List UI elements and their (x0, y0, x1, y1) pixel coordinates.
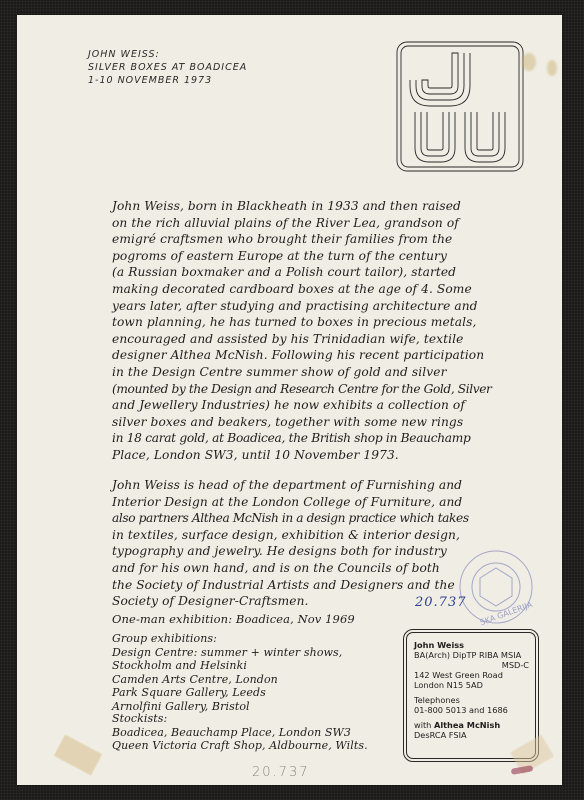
library-stamp-icon: SKA GALERIJA (457, 548, 535, 626)
card-with-label: with (414, 720, 431, 730)
text-line: and Jewellery Industries) he now exhibit… (112, 397, 542, 414)
text-line: on the rich alluvial plains of the River… (112, 215, 542, 232)
text-line: Interior Design at the London College of… (112, 494, 542, 511)
list-item: Queen Victoria Craft Shop, Aldbourne, Wi… (112, 739, 368, 753)
list-item: Boadicea, Beauchamp Place, London SW3 (112, 726, 368, 740)
business-card: John Weiss BA(Arch) DipTP RIBA MSIA MSD-… (406, 632, 536, 759)
title-block: JOHN WEISS: SILVER BOXES AT BOADICEA 1-1… (88, 48, 247, 87)
card-address-line: 142 West Green Road (414, 670, 535, 680)
stockists-list: Stockists: Boadicea, Beauchamp Place, Lo… (112, 712, 368, 753)
card-phone-label: Telephones (414, 695, 535, 705)
text-line: John Weiss is head of the department of … (112, 477, 542, 494)
card-address-line: London N15 5AD (414, 680, 535, 690)
list-item: Design Centre: summer + winter shows, (112, 646, 342, 660)
document-page: JOHN WEISS: SILVER BOXES AT BOADICEA 1-1… (17, 15, 562, 785)
text-line: (mounted by the Design and Research Cent… (112, 381, 542, 398)
title-line: JOHN WEISS: (88, 48, 247, 61)
title-line: 1-10 NOVEMBER 1973 (88, 74, 247, 87)
group-exhibitions-list: Group exhibitions: Design Centre: summer… (112, 632, 342, 714)
text-line: encouraged and assisted by his Trinidadi… (112, 331, 542, 348)
text-line: Place, London SW3, until 10 November 197… (112, 447, 542, 464)
card-name: John Weiss (414, 640, 535, 650)
text-line: making decorated cardboard boxes at the … (112, 281, 542, 298)
card-qualifications-2: MSD-C (414, 660, 535, 670)
one-man-exhibition: One-man exhibition: Boadicea, Nov 1969 (112, 612, 355, 626)
text-line: in textiles, surface design, exhibition … (112, 527, 542, 544)
card-partner-name: Althea McNish (434, 720, 500, 730)
list-heading: Group exhibitions: (112, 632, 342, 646)
text-line: town planning, he has turned to boxes in… (112, 314, 542, 331)
text-line: years later, after studying and practisi… (112, 298, 542, 315)
juu-monogram-logo-icon (395, 40, 525, 173)
list-heading: Stockists: (112, 712, 368, 726)
tape-residue (54, 735, 102, 776)
list-item: Stockholm and Helsinki (112, 659, 342, 673)
text-line: designer Althea McNish. Following his re… (112, 347, 542, 364)
text-line: silver boxes and beakers, together with … (112, 414, 542, 431)
text-line: also partners Althea McNish in a design … (112, 510, 542, 527)
ink-accession-number: 20.737 (415, 595, 467, 610)
text-line: John Weiss, born in Blackheath in 1933 a… (112, 198, 542, 215)
biography-paragraph: John Weiss, born in Blackheath in 1933 a… (112, 198, 542, 464)
text-line: in the Design Centre summer show of gold… (112, 364, 542, 381)
text-line: in 18 carat gold, at Boadicea, the Briti… (112, 430, 542, 447)
list-item: Park Square Gallery, Leeds (112, 686, 342, 700)
title-line: SILVER BOXES AT BOADICEA (88, 61, 247, 74)
text-line: pogroms of eastern Europe at the turn of… (112, 248, 542, 265)
pencil-accession-number: 20.737 (252, 765, 310, 780)
card-qualifications: BA(Arch) DipTP RIBA MSIA (414, 650, 535, 660)
svg-text:SKA GALERIJA: SKA GALERIJA (479, 600, 534, 626)
text-line: emigré craftsmen who brought their famil… (112, 231, 542, 248)
card-partner-qualifications: DesRCA FSIA (414, 730, 535, 740)
card-phone: 01-800 5013 and 1686 (414, 705, 535, 715)
card-partner: with Althea McNish (414, 720, 535, 730)
list-item: Camden Arts Centre, London (112, 673, 342, 687)
text-line: (a Russian boxmaker and a Polish court t… (112, 264, 542, 281)
